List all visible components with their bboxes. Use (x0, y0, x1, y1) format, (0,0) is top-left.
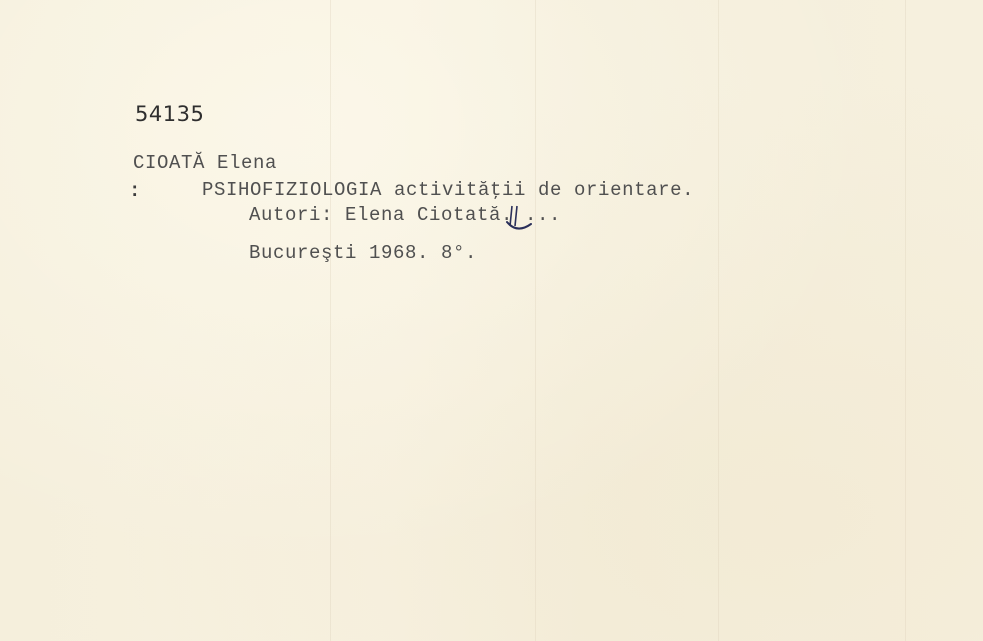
paper-texture (330, 0, 331, 641)
authors-statement: Autori: Elena Ciotată. ... (249, 204, 561, 226)
book-title: PSIHOFIZIOLOGIA activităţii de orientare… (202, 179, 694, 201)
paper-texture (535, 0, 536, 641)
catalog-card: 54135 CIOATĂ Elena : PSIHOFIZIOLOGIA act… (0, 0, 983, 641)
imprint: Bucureşti 1968. 8°. (249, 242, 477, 264)
title-marker: : (129, 180, 141, 202)
paper-texture (905, 0, 906, 641)
paper-texture (718, 0, 719, 641)
accession-number: 54135 (135, 102, 204, 126)
author-heading: CIOATĂ Elena (133, 152, 277, 174)
